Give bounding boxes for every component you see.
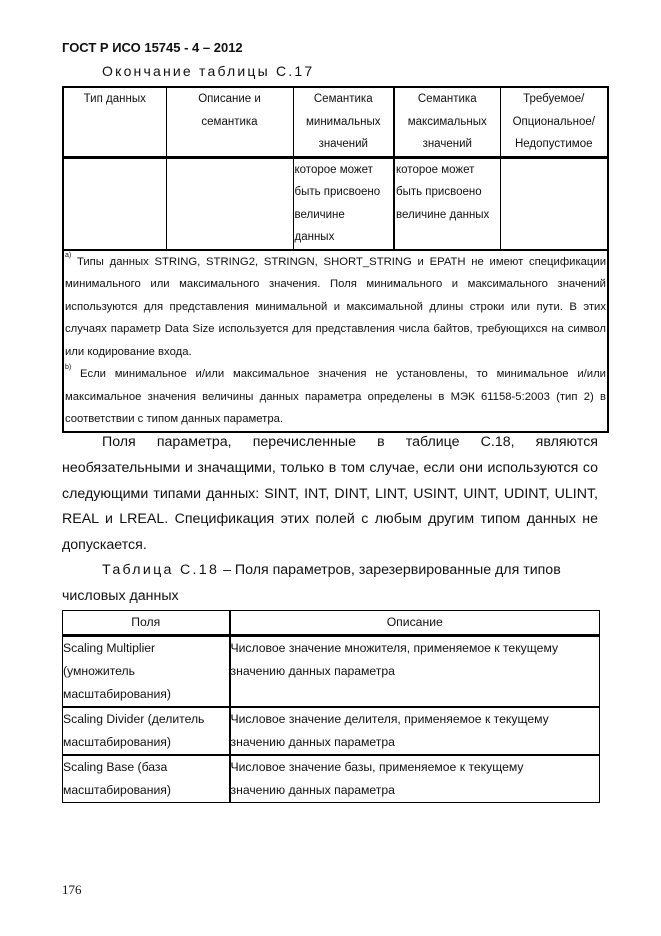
table-c18: Поля Описание Scaling Multiplier (умножи… xyxy=(62,610,600,803)
cell-data-type xyxy=(63,157,166,250)
cell-line: быть присвоено xyxy=(295,181,394,204)
cell-line: быть присвоено xyxy=(396,181,500,204)
cell-field: Scaling Multiplier (умножитель масштабир… xyxy=(63,636,230,708)
cell-required xyxy=(500,157,608,250)
note-a-text: Типы данных STRING, STRING2, STRINGN, SH… xyxy=(65,256,606,358)
cell-min-semantics: которое может быть присвоено величине да… xyxy=(293,157,394,250)
header-line: семантика xyxy=(167,111,293,134)
cell-line: значению данных параметра xyxy=(231,731,600,754)
header-line: Недопустимое xyxy=(501,133,608,156)
cell-line: Числовое значение делителя, применяемое … xyxy=(231,708,600,731)
table-row: которое может быть присвоено величине да… xyxy=(63,157,608,250)
cell-line: которое может xyxy=(396,159,500,182)
header-line: Опциональное/ xyxy=(501,111,608,134)
paragraph-text: Поля параметра, перечисленные в таблице … xyxy=(62,430,598,559)
header-line: Семантика xyxy=(294,88,394,111)
note-b-text: Если минимальное и/или максимальное знач… xyxy=(65,368,606,425)
column-header-min-semantics: Семантика минимальных значений xyxy=(293,87,394,157)
cell-line: значению данных параметра xyxy=(231,779,600,802)
cell-line: величине данных xyxy=(396,204,500,227)
cell-description xyxy=(166,157,293,250)
cell-line: Числовое значение базы, применяемое к те… xyxy=(231,756,600,779)
document-code-header: ГОСТ Р ИСО 15745 - 4 – 2012 xyxy=(62,40,243,55)
cell-line: масштабирования) xyxy=(63,683,229,706)
note-b-mark: b) xyxy=(65,364,71,371)
cell-field: Scaling Base (база масштабирования) xyxy=(63,755,230,803)
note-b: b) Если минимальное и/или максимальное з… xyxy=(65,363,606,431)
table-row: Scaling Multiplier (умножитель масштабир… xyxy=(63,636,600,708)
table-c17: Тип данных Описание и семантика Семантик… xyxy=(62,86,609,433)
table-notes-row: a) Типы данных STRING, STRING2, STRINGN,… xyxy=(63,250,608,432)
note-a-mark: a) xyxy=(65,252,71,259)
table-c18-caption-label: Таблица С.18 xyxy=(102,562,219,578)
cell-line: величине xyxy=(295,204,394,227)
table-notes: a) Типы данных STRING, STRING2, STRINGN,… xyxy=(63,250,608,432)
header-line: минимальных xyxy=(294,111,394,134)
header-line: Тип данных xyxy=(64,88,166,111)
column-header-fields: Поля xyxy=(63,611,230,636)
cell-line: Числовое значение множителя, применяемое… xyxy=(231,637,600,660)
cell-field: Scaling Divider (делитель масштабировани… xyxy=(63,707,230,755)
header-line: Описание и xyxy=(167,88,293,111)
note-a: a) Типы данных STRING, STRING2, STRINGN,… xyxy=(65,251,606,364)
table-c17-header-row: Тип данных Описание и семантика Семантик… xyxy=(63,87,608,157)
column-header-data-type: Тип данных xyxy=(63,87,166,157)
cell-line: масштабирования) xyxy=(63,731,229,754)
table-row: Scaling Divider (делитель масштабировани… xyxy=(63,707,600,755)
column-header-description: Описание xyxy=(230,611,600,636)
header-line: значений xyxy=(294,133,394,156)
cell-max-semantics: которое может быть присвоено величине да… xyxy=(394,157,500,250)
cell-line: значению данных параметра xyxy=(231,660,600,683)
cell-description: Числовое значение базы, применяемое к те… xyxy=(230,755,600,803)
header-line: Требуемое/ xyxy=(501,88,608,111)
column-header-description: Описание и семантика xyxy=(166,87,293,157)
page-number: 176 xyxy=(62,882,82,898)
cell-description: Числовое значение делителя, применяемое … xyxy=(230,707,600,755)
header-line: значений xyxy=(395,133,500,156)
cell-line: данных xyxy=(295,226,394,249)
cell-line: масштабирования) xyxy=(63,779,229,802)
cell-line: Scaling Multiplier xyxy=(63,637,229,660)
column-header-required: Требуемое/ Опциональное/ Недопустимое xyxy=(500,87,608,157)
cell-line: Scaling Base (база xyxy=(63,756,229,779)
cell-line: Scaling Divider (делитель xyxy=(63,708,229,731)
body-paragraph: Поля параметра, перечисленные в таблице … xyxy=(62,430,598,559)
column-header-max-semantics: Семантика максимальных значений xyxy=(394,87,500,157)
cell-description: Числовое значение множителя, применяемое… xyxy=(230,636,600,708)
table-c18-header-row: Поля Описание xyxy=(63,611,600,636)
table-c17-caption: Окончание таблицы С.17 xyxy=(102,63,314,79)
table-row: Scaling Base (база масштабирования) Числ… xyxy=(63,755,600,803)
cell-line: которое может xyxy=(295,159,394,182)
cell-line: (умножитель xyxy=(63,660,229,683)
header-line: Семантика xyxy=(395,88,500,111)
header-line: максимальных xyxy=(395,111,500,134)
table-c18-caption: Таблица С.18 – Поля параметров, зарезерв… xyxy=(62,558,598,610)
